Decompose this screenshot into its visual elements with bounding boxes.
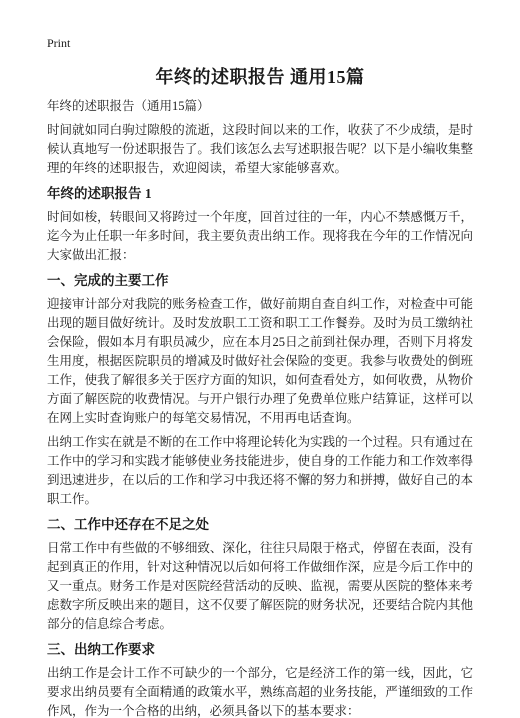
section-heading-cashier-requirements: 三、出纳工作要求 — [47, 640, 473, 659]
cashier-requirements-paragraph: 出纳工作是会计工作不可缺少的一个部分，它是经济工作的第一线，因此，它要求出纳员要… — [47, 664, 473, 718]
intro-paragraph: 时间就如同白驹过隙般的流逝，这段时间以来的工作，收获了不少成绩，是时候认真地写一… — [47, 121, 473, 178]
shortcomings-paragraph: 日常工作中有些做的不够细致、深化，往往只局限于格式，停留在表面，没有起到真正的作… — [47, 539, 473, 634]
section-heading-shortcomings: 二、工作中还存在不足之处 — [47, 515, 473, 534]
doc-subtitle: 年终的述职报告（通用15篇） — [47, 97, 473, 116]
print-link[interactable]: Print — [47, 36, 70, 51]
section-heading-main-work: 一、完成的主要工作 — [47, 271, 473, 290]
report-intro-paragraph: 时间如梭，转眼间又将跨过一个年度，回首过往的一年，内心不禁感慨万千，迄今为止任职… — [47, 208, 473, 265]
document-page: Print 年终的述职报告 通用15篇 年终的述职报告（通用15篇） 时间就如同… — [0, 0, 520, 718]
page-title: 年终的述职报告 通用15篇 — [47, 65, 473, 89]
section-heading-report-1: 年终的述职报告 1 — [47, 184, 473, 203]
practice-paragraph: 出纳工作实在就是不断的在工作中将理论转化为实践的一个过程。只有通过在工作中的学习… — [47, 433, 473, 509]
main-work-paragraph: 迎接审计部分对我院的账务检查工作，做好前期自查自纠工作，对检查中可能出现的题目做… — [47, 295, 473, 428]
